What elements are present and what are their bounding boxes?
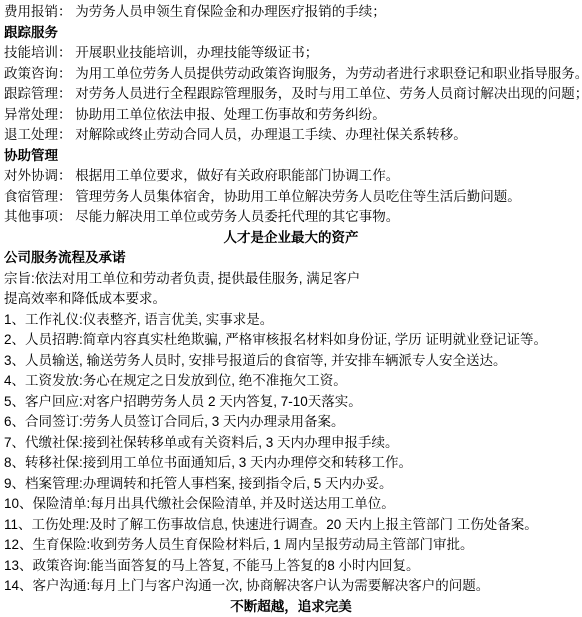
document-body: 费用报销： 为劳务人员申领生育保险金和办理医疗报销的手续；跟踪服务技能培训： 开… [0,0,582,617]
text-line: 4、工资发放:务心在规定之日发放到位, 绝不准拖欠工资。 [0,371,582,392]
document-lines: 费用报销： 为劳务人员申领生育保险金和办理医疗报销的手续；跟踪服务技能培训： 开… [0,2,582,617]
text-line: 10、保险清单:每月出具代缴社会保险清单, 并及时送达用工单位。 [0,494,582,515]
text-line: 费用报销： 为劳务人员申领生育保险金和办理医疗报销的手续； [0,2,582,23]
text-line: 6、合同签订:劳务人员签订合同后, 3 天内办理录用备案。 [0,412,582,433]
section-heading: 协助管理 [0,146,582,167]
text-line: 1、工作礼仪:仪表整齐, 语言优美, 实事求是。 [0,310,582,331]
text-line: 7、代缴社保:接到社保转移单或有关资料后, 3 天内办理申报手续。 [0,433,582,454]
text-line: 2、人员招聘:简章内容真实杜绝欺骗, 严格审核报名材料如身份证, 学历 证明就业… [0,330,582,351]
text-line: 政策咨询： 为用工单位劳务人员提供劳动政策咨询服务，为劳动者进行求职登记和职业指… [0,64,582,85]
text-line: 14、客户沟通:每月上门与客户沟通一次, 协商解决客户认为需要解决客户的问题。 [0,576,582,597]
section-heading: 跟踪服务 [0,23,582,44]
slogan-line: 人才是企业最大的资产 [0,228,582,249]
text-line: 对外协调： 根据用工单位要求，做好有关政府职能部门协调工作。 [0,166,582,187]
text-line: 8、转移社保:接到用工单位书面通知后, 3 天内办理停交和转移工作。 [0,453,582,474]
text-line: 提高效率和降低成本要求。 [0,289,582,310]
text-line: 5、客户回应:对客户招聘劳务人员 2 天内答复, 7-10天落实。 [0,392,582,413]
text-line: 12、生育保险:收到劳务人员生育保险材料后, 1 周内呈报劳动局主管部门审批。 [0,535,582,556]
text-line: 异常处理： 协助用工单位依法申报、处理工伤事故和劳务纠纷。 [0,105,582,126]
text-line: 技能培训： 开展职业技能培训，办理技能等级证书； [0,43,582,64]
text-line: 3、人员输送, 输送劳务人员时, 安排号报道后的食宿等, 并安排车辆派专人安全送… [0,351,582,372]
text-line: 食宿管理： 管理劳务人员集体宿舍，协助用工单位解决劳务人员吃住等生活后勤问题。 [0,187,582,208]
section-heading: 公司服务流程及承诺 [0,248,582,269]
slogan-line: 不断超越，追求完美 [0,597,582,617]
text-line: 退工处理： 对解除或终止劳动合同人员，办理退工手续、办理社保关系转移。 [0,125,582,146]
text-line: 13、政策咨询:能当面答复的马上答复, 不能马上答复的8 小时内回复。 [0,556,582,577]
text-line: 宗旨:依法对用工单位和劳动者负责, 提供最佳服务, 满足客户 [0,269,582,290]
text-line: 跟踪管理： 对劳务人员进行全程跟踪管理服务，及时与用工单位、劳务人员商讨解决出现… [0,84,582,105]
text-line: 其他事项： 尽能力解决用工单位或劳务人员委托代理的其它事物。 [0,207,582,228]
text-line: 11、工伤处理:及时了解工伤事故信息, 快速进行调查。20 天内上报主管部门 工… [0,515,582,536]
text-line: 9、档案管理:办理调转和托管人事档案, 接到指令后, 5 天内办妥。 [0,474,582,495]
